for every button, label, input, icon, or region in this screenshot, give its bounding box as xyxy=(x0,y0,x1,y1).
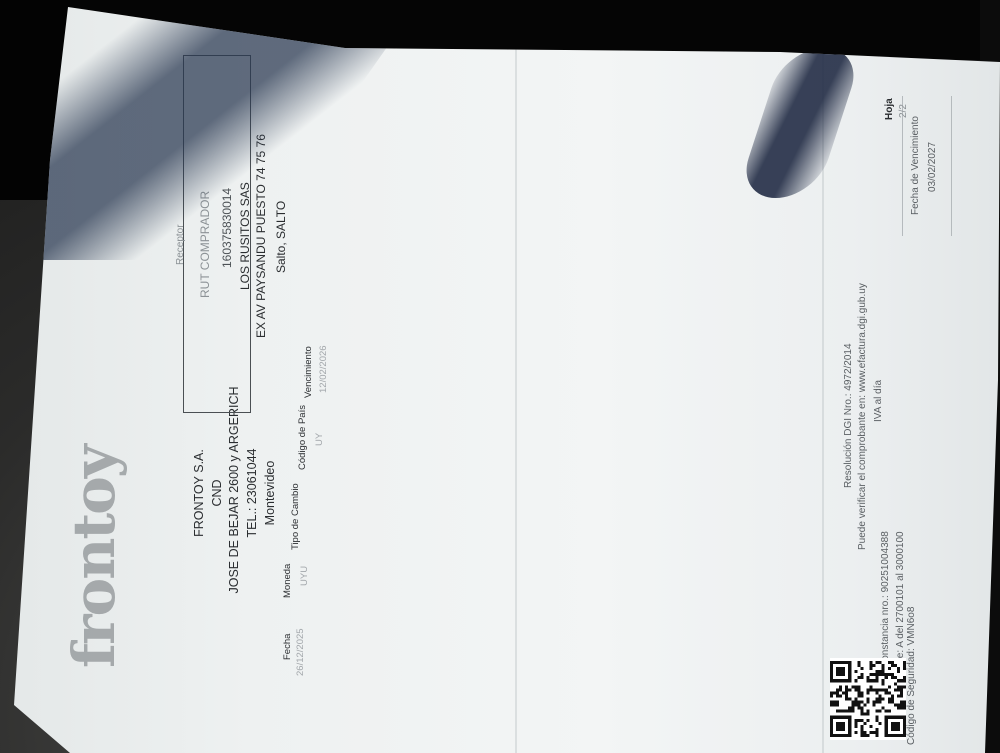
issuer-name: FRONTOY S.A. xyxy=(190,398,209,588)
meta-value-moneda: UYU xyxy=(299,566,310,586)
invoice-paper: frontoy FRONTOY S.A. CND JOSE DE BEJAR 2… xyxy=(0,0,1000,753)
qr-code xyxy=(830,658,906,740)
meta-value-vencimiento: 12/02/2026 xyxy=(318,345,329,393)
page-value: 2/2 xyxy=(898,104,909,118)
footer-resolution: Resolución DGI Nro.: 4972/2014 xyxy=(843,343,854,488)
hand-shadow-right xyxy=(736,48,865,198)
paper-fold xyxy=(515,0,517,753)
issuer-city: Montevideo xyxy=(261,398,280,588)
buyer-city: Salto, SALTO xyxy=(274,201,288,273)
footer-verify: Puede verificar el comprobante en: www.e… xyxy=(857,283,868,550)
meta-value-codigo-pais: UY xyxy=(314,433,325,446)
company-logo: frontoy xyxy=(60,446,128,668)
meta-header-tipo-cambio: Tipo de Cambio xyxy=(290,483,301,550)
page-label: Hoja xyxy=(884,98,895,120)
meta-header-fecha: Fecha xyxy=(282,634,293,660)
footer-serie: Serie: A del 2700101 al 3000100 xyxy=(895,531,906,676)
due-date-label: Fecha de Vencimiento xyxy=(910,116,921,215)
issuer-phone: TEL.: 23061044 xyxy=(243,398,262,588)
footer-iva: IVA al día xyxy=(873,380,884,422)
meta-header-vencimiento: Vencimiento xyxy=(303,346,314,398)
meta-header-moneda: Moneda xyxy=(282,564,293,598)
meta-value-fecha: 26/12/2025 xyxy=(295,628,306,676)
due-date-value: 03/02/2027 xyxy=(927,142,938,192)
footer-security-code: Código de Seguridad: VMN6o8 xyxy=(906,607,917,745)
meta-header-codigo-pais: Código de País xyxy=(297,405,308,470)
footer-constancia: Constancia nro.: 90251004388 xyxy=(880,531,891,668)
